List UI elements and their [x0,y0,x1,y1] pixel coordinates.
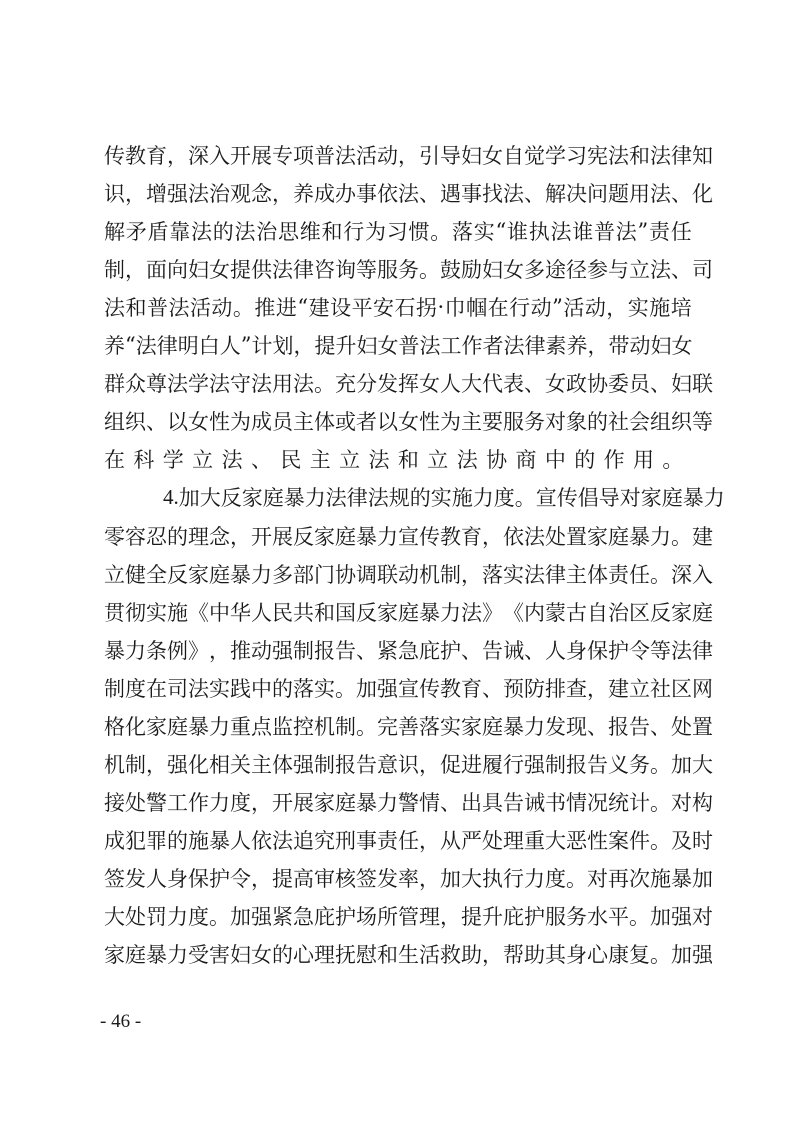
text-line: 零容忍的理念，开展反家庭暴力宣传教育，依法处置家庭暴力。建 [104,521,692,551]
text-line: 4.加大反家庭暴力法律法规的实施力度。宣传倡导对家庭暴力 [163,482,692,512]
text-line: 制，面向妇女提供法律咨询等服务。鼓励妇女多途径参与立法、司 [104,254,692,284]
text-line: 签发人身保护令，提高审核签发率，加大执行力度。对再次施暴加 [104,863,692,893]
text-line: 格化家庭暴力重点监控机制。完善落实家庭暴力发现、报告、处置 [104,711,692,741]
text-line: 在科学立法、民主立法和立法协商中的作用。 [104,444,692,474]
page-number: - 46 - [100,1011,141,1033]
text-line: 家庭暴力受害妇女的心理抚慰和生活救助，帮助其身心康复。加强 [104,939,692,969]
text-line: 制度在司法实践中的落实。加强宣传教育、预防排查，建立社区网 [104,673,692,703]
text-line: 暴力条例》，推动强制报告、紧急庇护、告诫、人身保护令等法律 [104,635,692,665]
text-line: 成犯罪的施暴人依法追究刑事责任，从严处理重大恶性案件。及时 [104,825,692,855]
text-line: 传教育，深入开展专项普法活动，引导妇女自觉学习宪法和法律知 [104,140,692,170]
text-line: 识，增强法治观念，养成办事依法、遇事找法、解决问题用法、化 [104,178,692,208]
text-line: 贯彻实施《中华人民共和国反家庭暴力法》《内蒙古自治区反家庭 [104,597,692,627]
text-line: 机制，强化相关主体强制报告意识，促进履行强制报告义务。加大 [104,749,692,779]
text-line: 养“法律明白人”计划，提升妇女普法工作者法律素养，带动妇女 [104,330,692,360]
text-line: 法和普法活动。推进“建设平安石拐·巾帼在行动”活动，实施培 [104,292,692,322]
text-line: 立健全反家庭暴力多部门协调联动机制，落实法律主体责任。深入 [104,559,692,589]
text-line: 组织、以女性为成员主体或者以女性为主要服务对象的社会组织等 [104,406,692,436]
text-line: 群众尊法学法守法用法。充分发挥女人大代表、女政协委员、妇联 [104,368,692,398]
text-line: 解矛盾靠法的法治思维和行为习惯。落实“谁执法谁普法”责任 [104,216,692,246]
document-page: 传教育，深入开展专项普法活动，引导妇女自觉学习宪法和法律知识，增强法治观念，养成… [0,0,794,1122]
text-line: 大处罚力度。加强紧急庇护场所管理，提升庇护服务水平。加强对 [104,901,692,931]
text-line: 接处警工作力度，开展家庭暴力警情、出具告诫书情况统计。对构 [104,787,692,817]
